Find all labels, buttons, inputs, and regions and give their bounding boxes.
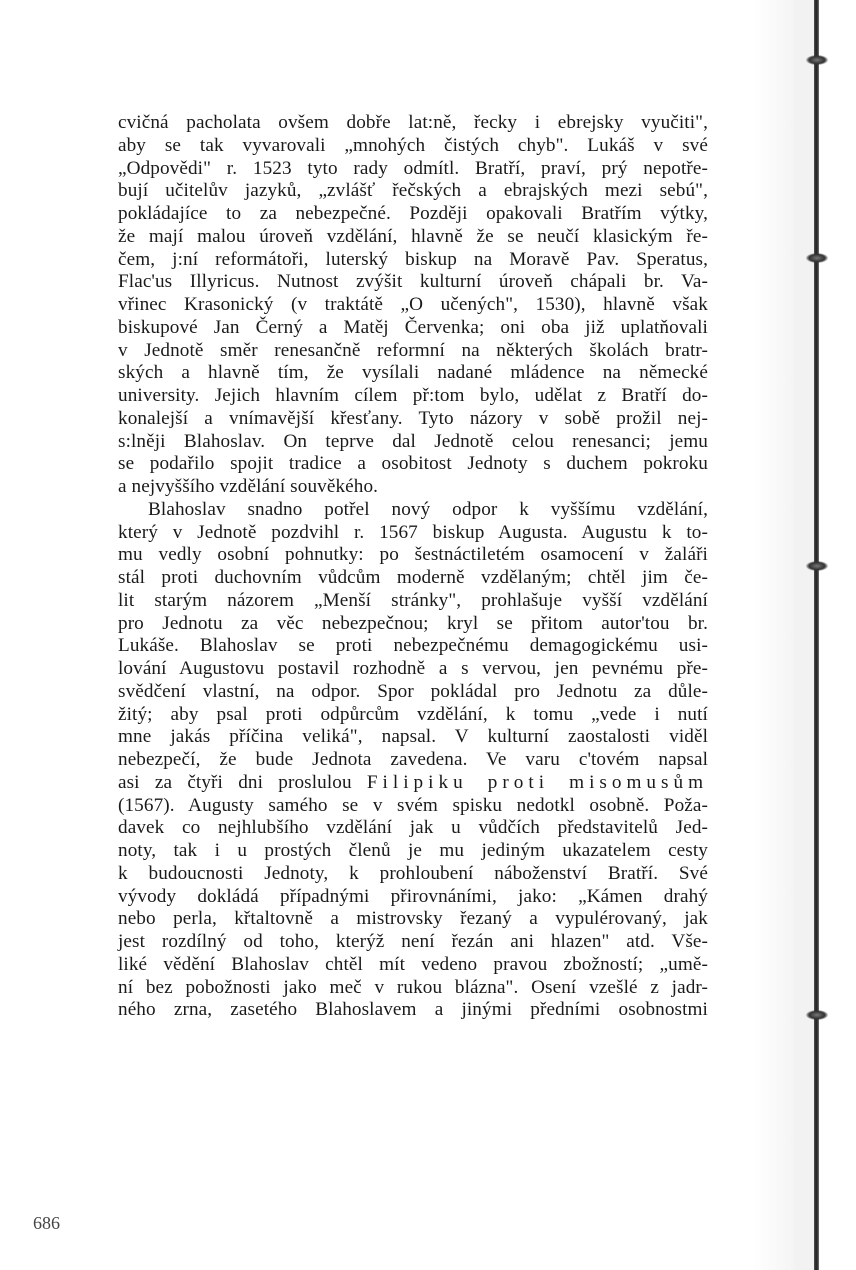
text-line: vývody dokládá případnými přirovnáními, … <box>118 886 708 909</box>
text-line: bují učitelův jazyků, „zvlášť řečských a… <box>118 180 708 203</box>
text-line: university. Jejich hlavním cílem př:tom … <box>118 385 708 408</box>
body-text: cvičná pacholata ovšem dobře lat:ně, řec… <box>118 112 708 1022</box>
page-number: 686 <box>33 1213 60 1234</box>
text-line: noty, tak i u prostých členů je mu jedin… <box>118 840 708 863</box>
text-line: konalejší a vnímavější křesťany. Tyto ná… <box>118 408 708 431</box>
text-segment: asi za čtyři dni proslulou <box>118 772 367 793</box>
text-line: (1567). Augusty samého se v svém spisku … <box>118 795 708 818</box>
text-line: s:lněji Blahoslav. On teprve dal Jednotě… <box>118 431 708 454</box>
text-line: nebo perla, křtaltovně a mistrovsky řeza… <box>118 908 708 931</box>
stitch-knot <box>806 253 828 263</box>
text-line: ného zrna, zasetého Blahoslavem a jinými… <box>118 999 708 1022</box>
text-line: čem, j:ní reformátoři, luterský biskup n… <box>118 249 708 272</box>
book-page: cvičná pacholata ovšem dobře lat:ně, řec… <box>0 0 856 1270</box>
text-line: pokládajíce to za nebezpečné. Později op… <box>118 203 708 226</box>
spaced-title: Filipiku proti misomusům <box>367 772 708 793</box>
text-line: Blahoslav snadno potřel nový odpor k vyš… <box>118 499 708 522</box>
text-line: lit starým názorem „Menší stránky", proh… <box>118 590 708 613</box>
stitch-knot <box>806 561 828 571</box>
text-line: davek co nejhlubšího vzdělání jak u vůdč… <box>118 817 708 840</box>
text-line: „Odpovědi" r. 1523 tyto rady odmítl. Bra… <box>118 158 708 181</box>
text-line: jest rozdílný od toho, kterýž není řezán… <box>118 931 708 954</box>
text-line: asi za čtyři dni proslulou Filipiku prot… <box>118 772 708 795</box>
text-line: mne jakás příčina veliká", napsal. V kul… <box>118 726 708 749</box>
text-line: nebezpečí, že bude Jednota zavedena. Ve … <box>118 749 708 772</box>
text-line: že mají malou úroveň vzdělání, hlavně že… <box>118 226 708 249</box>
text-line: Lukáše. Blahoslav se proti nebezpečnému … <box>118 635 708 658</box>
stitch-knot <box>806 55 828 65</box>
text-line: stál proti duchovním vůdcům moderně vzdě… <box>118 567 708 590</box>
text-line: aby se tak vyvarovali „mnohých čistých c… <box>118 135 708 158</box>
book-spine-binding <box>814 0 819 1270</box>
gutter-shadow <box>790 0 814 1270</box>
text-line: k budoucnosti Jednoty, k prohloubení náb… <box>118 863 708 886</box>
text-line: ských a hlavně tím, že vysílali nadané m… <box>118 362 708 385</box>
text-line: pro Jednotu za věc nebezpečnou; kryl se … <box>118 613 708 636</box>
text-line: ní bez pobožnosti jako meč v rukou blázn… <box>118 977 708 1000</box>
text-line: žitý; aby psal proti odpůrcům vzdělání, … <box>118 704 708 727</box>
text-line: biskupové Jan Černý a Matěj Červenka; on… <box>118 317 708 340</box>
text-line: vřinec Krasonický (v traktátě „O učených… <box>118 294 708 317</box>
text-line: liké vědění Blahoslav chtěl mít vedeno p… <box>118 954 708 977</box>
text-line: se podařilo spojit tradice a osobitost J… <box>118 453 708 476</box>
text-line: lování Augustovu postavil rozhodně a s v… <box>118 658 708 681</box>
text-line: v Jednotě směr renesančně reformní na ně… <box>118 340 708 363</box>
text-line: mu vedly osobní pohnutky: po šestnáctile… <box>118 544 708 567</box>
text-line: Flac'us Illyricus. Nutnost zvýšit kultur… <box>118 271 708 294</box>
text-line: který v Jednotě pozdvihl r. 1567 biskup … <box>118 522 708 545</box>
stitch-knot <box>806 1010 828 1020</box>
text-line: a nejvyššího vzdělání souvěkého. <box>118 476 708 499</box>
text-line: cvičná pacholata ovšem dobře lat:ně, řec… <box>118 112 708 135</box>
text-line: svědčení vlastní, na odpor. Spor pokláda… <box>118 681 708 704</box>
